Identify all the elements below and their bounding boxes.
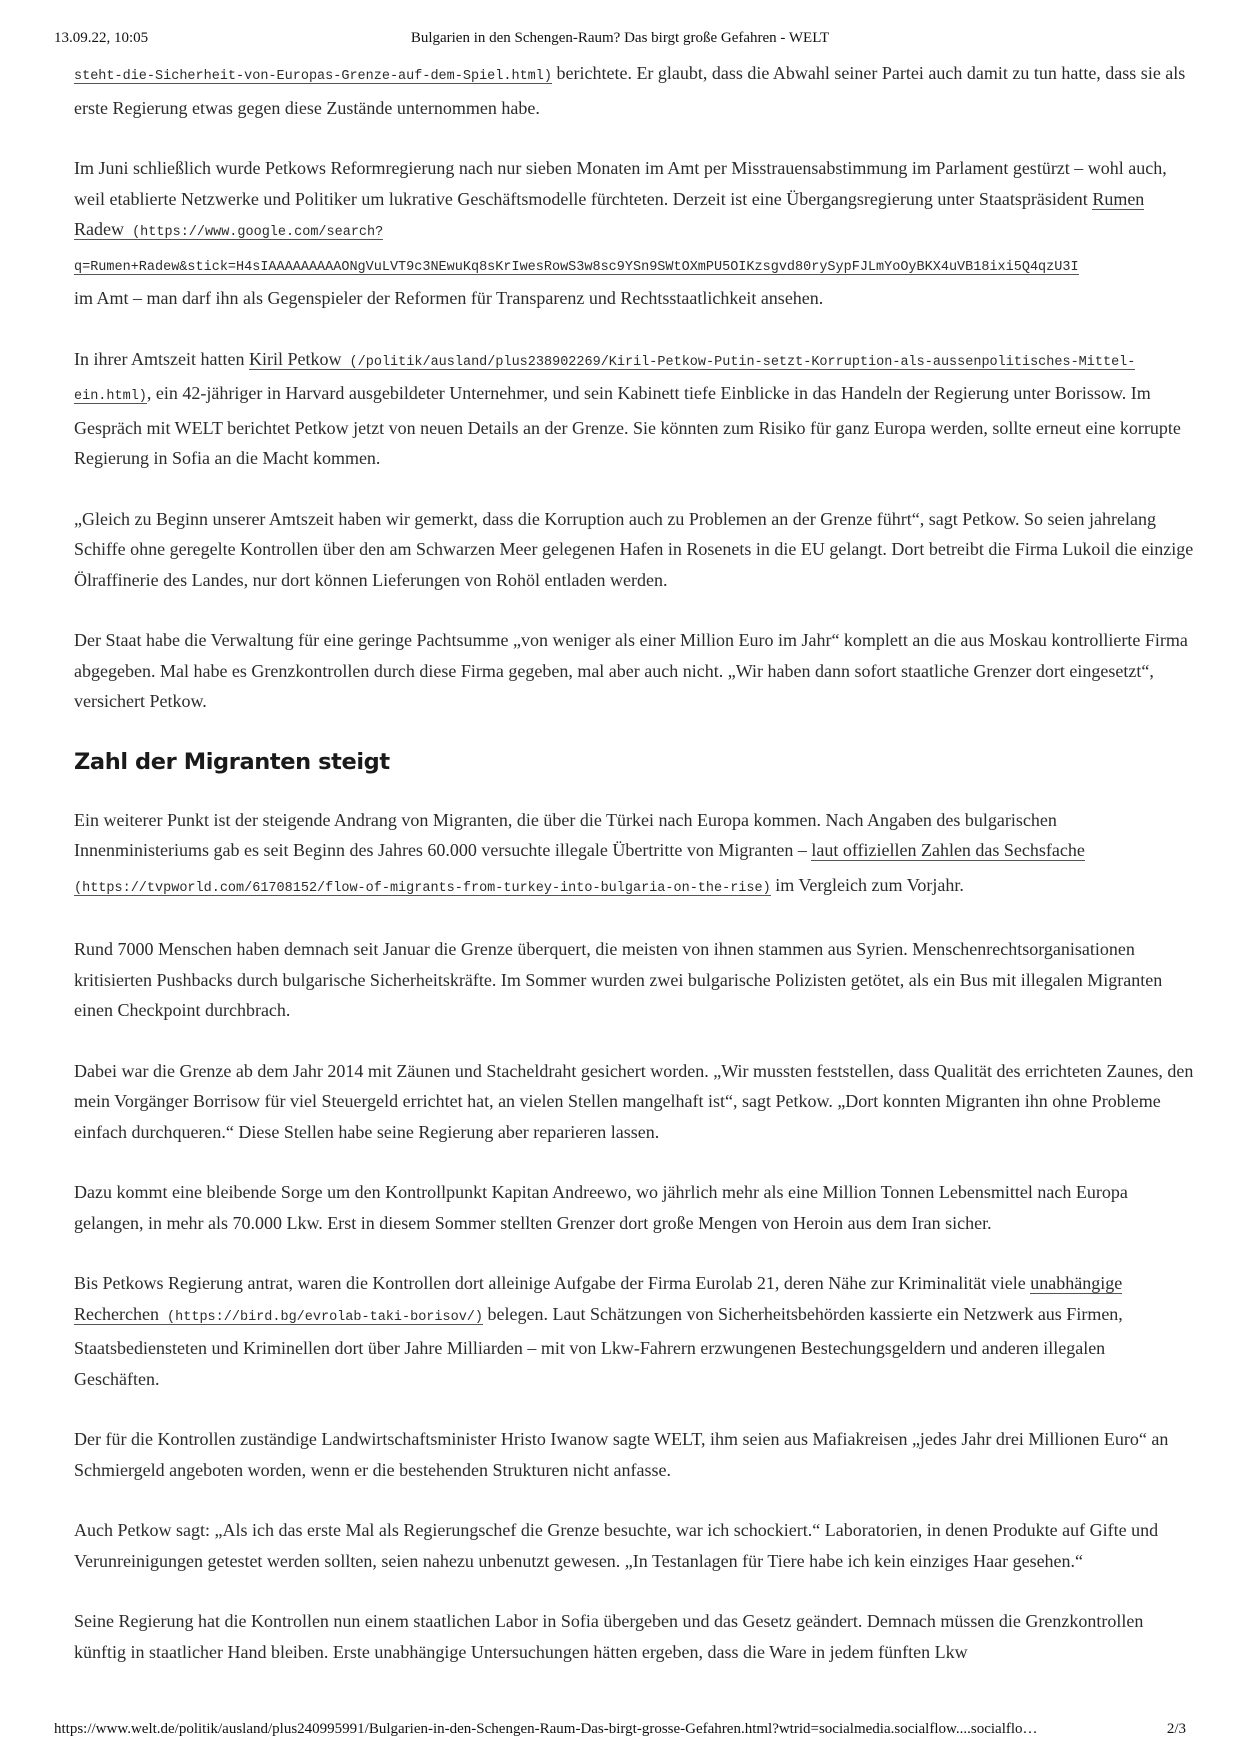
article-body: steht-die-Sicherheit-von-Europas-Grenze-…	[74, 58, 1194, 1697]
paragraph: Ein weiterer Punkt ist der steigende And…	[74, 805, 1194, 905]
paragraph: Der Staat habe die Verwaltung für eine g…	[74, 625, 1194, 717]
section-heading: Zahl der Migranten steigt	[74, 747, 1194, 777]
paragraph: Bis Petkows Regierung antrat, waren die …	[74, 1268, 1194, 1394]
paragraph: Der für die Kontrollen zuständige Landwi…	[74, 1424, 1194, 1485]
paragraph: Rund 7000 Menschen haben demnach seit Ja…	[74, 934, 1194, 1026]
paragraph: Dazu kommt eine bleibende Sorge um den K…	[74, 1177, 1194, 1238]
print-page-title: Bulgarien in den Schengen-Raum? Das birg…	[0, 30, 1240, 47]
article-link-europas-grenze[interactable]: steht-die-Sicherheit-von-Europas-Grenze-…	[74, 63, 552, 84]
link-rumen-radew-url[interactable]: q=Rumen+Radew&stick=H4sIAAAAAAAAAONgVuLV…	[74, 254, 1079, 275]
paragraph: Dabei war die Grenze ab dem Jahr 2014 mi…	[74, 1056, 1194, 1148]
paragraph: steht-die-Sicherheit-von-Europas-Grenze-…	[74, 58, 1194, 123]
paragraph: „Gleich zu Beginn unserer Amtszeit haben…	[74, 504, 1194, 596]
paragraph: In ihrer Amtszeit hatten Kiril Petkow (/…	[74, 344, 1194, 474]
page-number: 2/3	[1167, 1721, 1186, 1738]
paragraph: Auch Petkow sagt: „Als ich das erste Mal…	[74, 1515, 1194, 1576]
paragraph: Seine Regierung hat die Kontrollen nun e…	[74, 1606, 1194, 1667]
print-source-url: https://www.welt.de/politik/ausland/plus…	[54, 1721, 1038, 1738]
paragraph: Im Juni schließlich wurde Petkows Reform…	[74, 153, 1194, 314]
